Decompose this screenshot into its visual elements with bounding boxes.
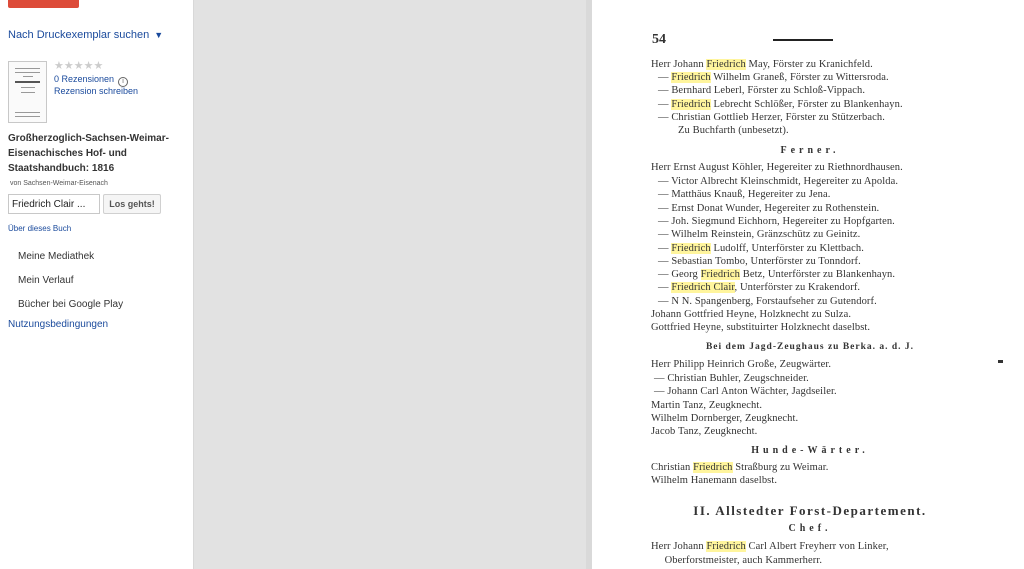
- page-line: — Victor Albrecht Kleinschmidt, Hegereit…: [658, 176, 898, 187]
- page-line: — Friedrich Ludolff, Unterförster zu Kle…: [658, 243, 864, 254]
- page-line: — Joh. Siegmund Eichhorn, Hegereiter zu …: [658, 216, 895, 227]
- page-line: — Friedrich Clair, Unterförster zu Krake…: [658, 282, 860, 293]
- section-heading-berka: Bei dem Jagd-Zeughaus zu Berka. a. d. J.: [640, 342, 980, 352]
- sidebar: E-BOOK LESEN Nach Druckexemplar suchen ▼…: [0, 0, 193, 569]
- book-title: Großherzoglich-Sachsen-Weimar-Eisenachis…: [8, 131, 188, 176]
- search-highlight: Friedrich: [671, 99, 710, 110]
- page-line: Herr Ernst August Köhler, Hegereiter zu …: [651, 162, 903, 173]
- search-highlight: Friedrich: [706, 59, 745, 70]
- search-highlight: Friedrich: [671, 72, 710, 83]
- about-book-link[interactable]: Über dieses Buch: [8, 224, 71, 233]
- rating-stars: ★★★★★: [54, 59, 103, 72]
- page-line: — Friedrich Wilhelm Graneß, Förster zu W…: [658, 72, 889, 83]
- nav-my-history[interactable]: Mein Verlauf: [18, 275, 74, 286]
- page-line: Christian Friedrich Straßburg zu Weimar.: [651, 462, 828, 473]
- page-line: Herr Philipp Heinrich Große, Zeugwärter.: [651, 359, 831, 370]
- page-line: Oberforstmeister, auch Kammerherr.: [651, 555, 822, 566]
- page-line: Wilhelm Hanemann daselbst.: [651, 475, 777, 486]
- find-print-copy-link[interactable]: Nach Druckexemplar suchen ▼: [8, 29, 163, 41]
- page-line: Martin Tanz, Zeugknecht.: [651, 400, 762, 411]
- page-line: — Johann Carl Anton Wächter, Jagdseiler.: [654, 386, 837, 397]
- page-line: — Christian Gottlieb Herzer, Förster zu …: [658, 112, 885, 123]
- terms-of-use-link[interactable]: Nutzungsbedingungen: [8, 319, 108, 330]
- page-line: — Matthäus Knauß, Hegereiter zu Jena.: [658, 189, 831, 200]
- section-heading-chef: Chef.: [640, 523, 980, 534]
- page-line: — Bernhard Leberl, Förster zu Schloß-Vip…: [658, 85, 865, 96]
- page-line: — Christian Buhler, Zeugschneider.: [654, 373, 809, 384]
- page-line: — Ernst Donat Wunder, Hegereiter zu Roth…: [658, 203, 879, 214]
- find-print-copy-label: Nach Druckexemplar suchen: [8, 29, 149, 41]
- search-highlight: Friedrich Clair: [671, 282, 734, 293]
- scan-artifact: [998, 360, 1003, 363]
- page-number: 54: [652, 32, 666, 48]
- page-line: Zu Buchfarth (unbesetzt).: [678, 125, 789, 136]
- section-heading-hunde: Hunde-Wärter.: [640, 445, 980, 456]
- section-heading-department: II. Allstedter Forst-Departement.: [640, 503, 980, 519]
- header-rule: [773, 39, 833, 41]
- page-line: — N N. Spangenberg, Forstaufseher zu Gut…: [658, 296, 877, 307]
- section-heading-ferner: Ferner.: [640, 145, 980, 156]
- read-ebook-button[interactable]: E-BOOK LESEN: [8, 0, 79, 8]
- page-line: Johann Gottfried Heyne, Holzknecht zu Su…: [651, 309, 851, 320]
- reviews-count-label: 0 Rezensionen: [54, 74, 114, 84]
- page-line: Herr Johann Friedrich Carl Albert Freyhe…: [651, 541, 889, 552]
- book-author[interactable]: von Sachsen-Weimar-Eisenach: [10, 180, 108, 187]
- search-highlight: Friedrich: [701, 269, 740, 280]
- search-highlight: Friedrich: [671, 243, 710, 254]
- page-line: Jacob Tanz, Zeugknecht.: [651, 426, 757, 437]
- page-line: Herr Johann Friedrich May, Förster zu Kr…: [651, 59, 873, 70]
- viewer-background: [193, 0, 592, 569]
- page-line: — Sebastian Tombo, Unterförster zu Tonnd…: [658, 256, 861, 267]
- page-line: — Georg Friedrich Betz, Unterförster zu …: [658, 269, 895, 280]
- nav-my-library[interactable]: Meine Mediathek: [18, 251, 94, 262]
- page-line: — Friedrich Lebrecht Schlößer, Förster z…: [658, 99, 903, 110]
- search-go-button[interactable]: Los gehts!: [103, 194, 161, 214]
- nav-google-play-books[interactable]: Bücher bei Google Play: [18, 299, 123, 310]
- search-highlight: Friedrich: [693, 462, 732, 473]
- page-line: — Wilhelm Reinstein, Gränzschütz zu Gein…: [658, 229, 860, 240]
- write-review-link[interactable]: Rezension schreiben: [54, 86, 138, 96]
- search-in-book-input[interactable]: [8, 194, 100, 214]
- triangle-down-icon: ▼: [154, 30, 163, 40]
- page-line: Wilhelm Dornberger, Zeugknecht.: [651, 413, 798, 424]
- search-highlight: Friedrich: [706, 541, 745, 552]
- page-line: Gottfried Heyne, substituirter Holzknech…: [651, 322, 870, 333]
- book-cover-thumbnail[interactable]: [8, 61, 47, 123]
